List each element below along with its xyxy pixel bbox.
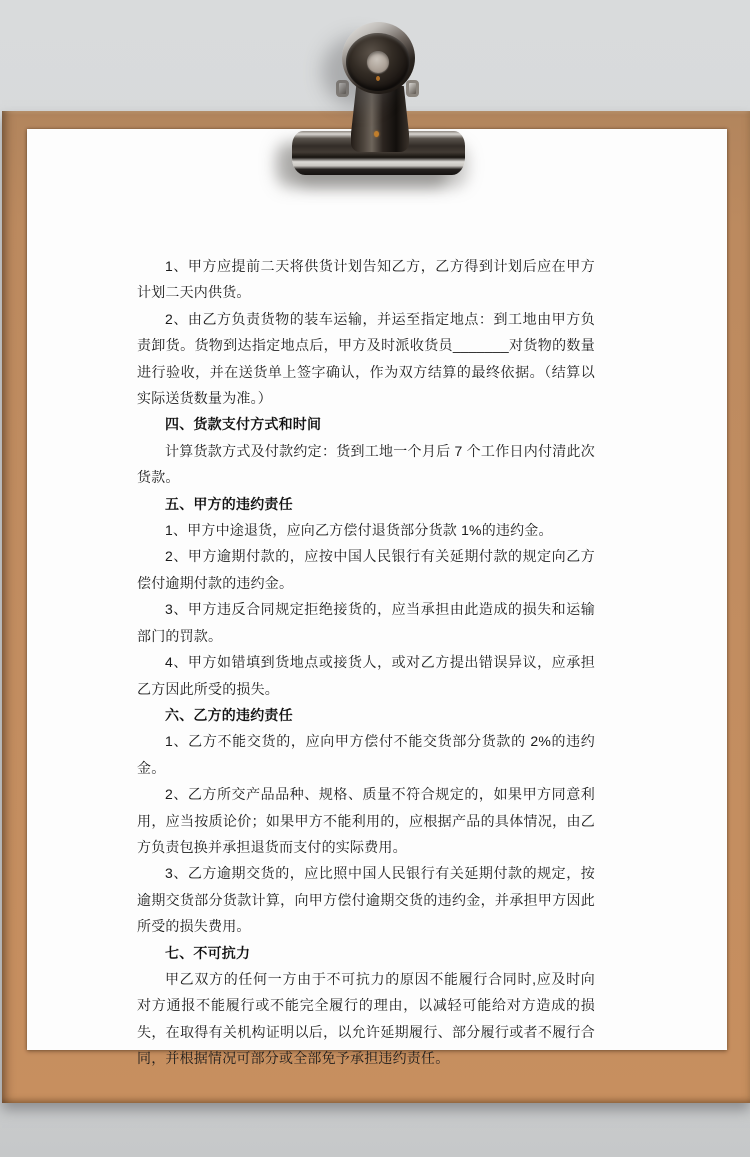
contract-text-block: 1、甲方应提前二天将供货计划告知乙方，乙方得到计划后应在甲方计划二天内供货。 2… — [27, 129, 727, 1072]
contract-paragraph: 2、甲方逾期付款的，应按中国人民银行有关延期付款的规定向乙方偿付逾期付款的违约金… — [137, 543, 595, 596]
binder-clip-hole — [367, 51, 389, 73]
contract-paragraph: 2、由乙方负责货物的装车运输，并运至指定地点：到工地由甲方负责卸货。货物到达指定… — [137, 306, 595, 412]
contract-paragraph: 1、甲方中途退货，应向乙方偿付退货部分货款 1%的违约金。 — [137, 517, 595, 543]
binder-clip-neck — [351, 86, 409, 152]
contract-paragraph: 1、甲方应提前二天将供货计划告知乙方，乙方得到计划后应在甲方计划二天内供货。 — [137, 253, 595, 306]
contract-paragraph: 计算货款方式及付款约定：货到工地一个月后 7 个工作日内付清此次货款。 — [137, 438, 595, 491]
clip-spring-ear-left — [336, 80, 349, 97]
section-heading-party-b-liability: 六、乙方的违约责任 — [137, 702, 595, 728]
contract-paper: 1、甲方应提前二天将供货计划告知乙方，乙方得到计划后应在甲方计划二天内供货。 2… — [27, 129, 727, 1050]
clip-amber-reflection — [374, 131, 379, 137]
contract-paragraph: 3、乙方逾期交货的，应比照中国人民银行有关延期付款的规定，按逾期交货部分货款计算… — [137, 860, 595, 939]
contract-paragraph: 甲乙双方的任何一方由于不可抗力的原因不能履行合同时,应及时向对方通报不能履行或不… — [137, 966, 595, 1072]
section-heading-party-a-liability: 五、甲方的违约责任 — [137, 491, 595, 517]
clip-spring-ear-right — [406, 80, 419, 97]
contract-paragraph: 3、甲方违反合同规定拒绝接货的，应当承担由此造成的损失和运输部门的罚款。 — [137, 596, 595, 649]
contract-paragraph: 4、甲方如错填到货地点或接货人，或对乙方提出错误异议，应承担乙方因此所受的损失。 — [137, 649, 595, 702]
binder-clip-knob — [342, 22, 415, 94]
contract-paragraph: 2、乙方所交产品品种、规格、质量不符合规定的，如果甲方同意利用，应当按质论价；如… — [137, 781, 595, 860]
photo-scene: 1、甲方应提前二天将供货计划告知乙方，乙方得到计划后应在甲方计划二天内供货。 2… — [0, 0, 750, 1157]
contract-paragraph: 1、乙方不能交货的，应向甲方偿付不能交货部分货款的 2%的违约金。 — [137, 728, 595, 781]
clip-amber-reflection-small — [376, 76, 380, 81]
section-heading-force-majeure: 七、不可抗力 — [137, 940, 595, 966]
binder-clip-knob-face — [346, 33, 410, 91]
section-heading-payment: 四、货款支付方式和时间 — [137, 411, 595, 437]
